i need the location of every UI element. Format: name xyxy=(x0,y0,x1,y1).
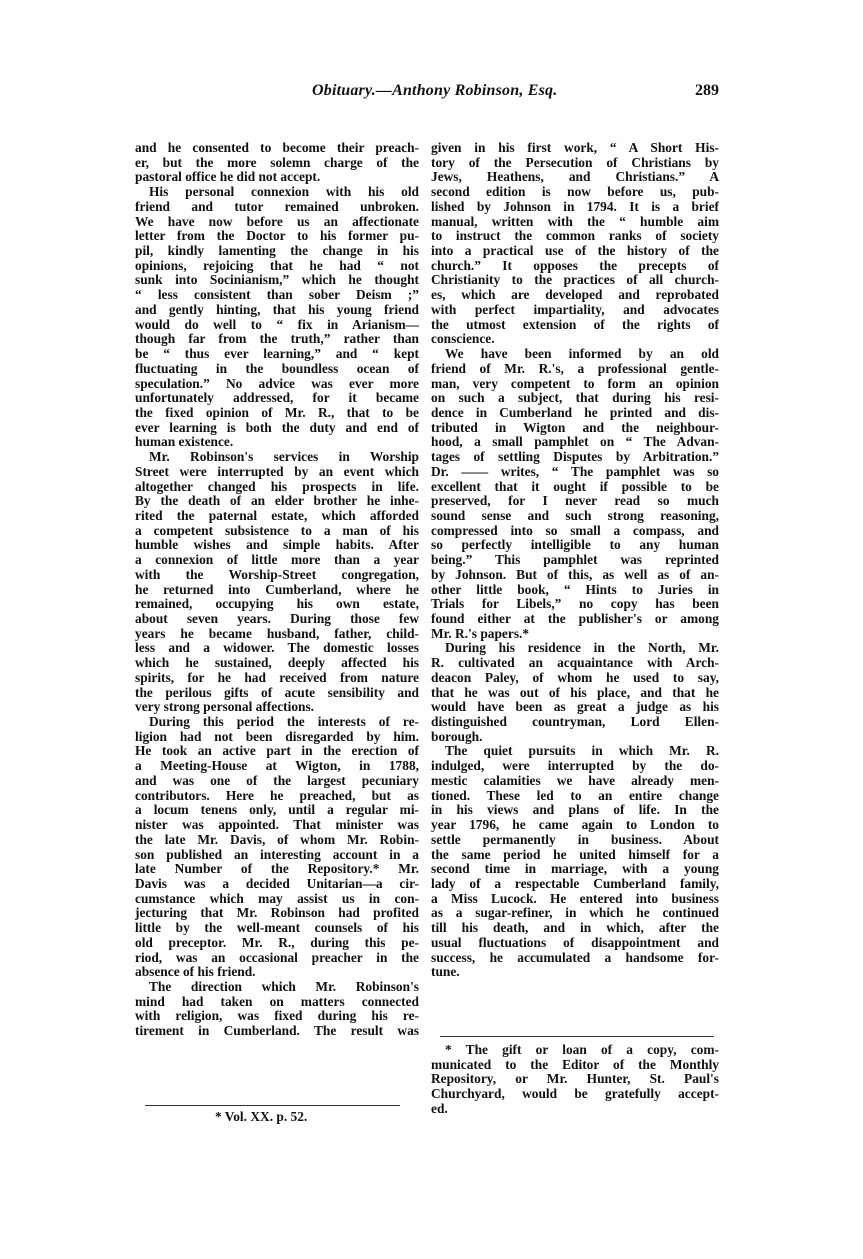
text-line: year 1796, he came again to London to xyxy=(431,818,719,833)
text-line: Street were interrupted by an event whic… xyxy=(135,465,419,480)
text-line: ligion had not been disregarded by him. xyxy=(135,730,419,745)
text-line: spirits, for he had received from nature xyxy=(135,671,419,686)
text-line: till his death, and in which, after the xyxy=(431,921,719,936)
text-line: absence of his friend. xyxy=(135,965,419,980)
text-line: a competent subsistence to a man of his xyxy=(135,524,419,539)
text-line: conscience. xyxy=(431,332,719,347)
text-line: dence in Cumberland he printed and dis- xyxy=(431,406,719,421)
text-line: on such a subject, that during his resi- xyxy=(431,391,719,406)
text-line: which he sustained, deeply affected his xyxy=(135,656,419,671)
text-line: humble wishes and simple habits. After xyxy=(135,538,419,553)
text-line: tioned. These led to an entire change xyxy=(431,789,719,804)
text-line: to instruct the common ranks of society xyxy=(431,229,719,244)
text-line: jecturing that Mr. Robinson had profited xyxy=(135,906,419,921)
text-line: the late Mr. Davis, of whom Mr. Robin- xyxy=(135,833,419,848)
text-line: so perfectly intelligible to any human xyxy=(431,538,719,553)
text-line: R. cultivated an acquaintance with Arch- xyxy=(431,656,719,671)
text-line: ever learning is both the duty and end o… xyxy=(135,421,419,436)
text-line: During his residence in the North, Mr. xyxy=(431,641,719,656)
text-line: by Johnson. But of this, as well as of a… xyxy=(431,568,719,583)
text-line: second edition is now before us, pub- xyxy=(431,185,719,200)
text-line: as a sugar-refiner, in which he continue… xyxy=(431,906,719,921)
text-line: rited the paternal estate, which afforde… xyxy=(135,509,419,524)
page-number: 289 xyxy=(695,82,719,100)
text-line: Mr. R.'s papers.* xyxy=(431,627,719,642)
text-line: indulged, were interrupted by the do- xyxy=(431,759,719,774)
text-line: very strong personal affections. xyxy=(135,700,419,715)
text-line: pil, kindly lamenting the change in his xyxy=(135,244,419,259)
text-line: sound sense and such strong reasoning, xyxy=(431,509,719,524)
text-line: little by the well-meant counsels of his xyxy=(135,921,419,936)
text-line: with perfect impartiality, and advocates xyxy=(431,303,719,318)
text-line: the perilous gifts of acute sensibility … xyxy=(135,686,419,701)
text-line: Churchyard, would be gratefully accept- xyxy=(431,1087,719,1102)
text-line: man, very competent to form an opinion xyxy=(431,377,719,392)
text-line: He took an active part in the erection o… xyxy=(135,744,419,759)
text-line: sunk into Socinianism,” which he thought xyxy=(135,273,419,288)
text-line: Trials for Libels,” no copy has been xyxy=(431,597,719,612)
text-line: distinguished countryman, Lord Ellen- xyxy=(431,715,719,730)
text-line: municated to the Editor of the Monthly xyxy=(431,1058,719,1073)
text-line: son published an interesting account in … xyxy=(135,848,419,863)
text-line: about seven years. During those few xyxy=(135,612,419,627)
text-line: a Meeting-House at Wigton, in 1788, xyxy=(135,759,419,774)
right-footnote: * The gift or loan of a copy, com-munica… xyxy=(431,1043,719,1117)
text-line: a locum tenens only, until a regular mi- xyxy=(135,803,419,818)
text-line: human existence. xyxy=(135,435,419,450)
text-line: lished by Johnson in 1794. It is a brief xyxy=(431,200,719,215)
text-line: and was one of the largest pecuniary xyxy=(135,774,419,789)
text-line: speculation.” No advice was ever more xyxy=(135,377,419,392)
text-line: tune. xyxy=(431,965,719,980)
text-line: We have now before us an affectionate xyxy=(135,215,419,230)
text-line: friend and tutor remained unbroken. xyxy=(135,200,419,215)
text-line: given in his first work, “ A Short His- xyxy=(431,141,719,156)
text-line: a Miss Lucock. He entered into business xyxy=(431,892,719,907)
left-footnote-rule xyxy=(145,1105,400,1106)
text-line: with religion, was fixed during his re- xyxy=(135,1009,419,1024)
text-line: and he consented to become their preach- xyxy=(135,141,419,156)
text-line: excellent that it ought if possible to b… xyxy=(431,480,719,495)
text-line: fluctuating in the boundless ocean of xyxy=(135,362,419,377)
running-title: Obituary.—Anthony Robinson, Esq. xyxy=(312,82,557,100)
text-line: less and a widower. The domestic losses xyxy=(135,641,419,656)
text-line: success, he accumulated a handsome for- xyxy=(431,951,719,966)
text-line: The quiet pursuits in which Mr. R. xyxy=(431,744,719,759)
text-line: the fixed opinion of Mr. R., that to be xyxy=(135,406,419,421)
text-line: riod, was an occasional preacher in the xyxy=(135,951,419,966)
text-line: that he was out of his place, and that h… xyxy=(431,686,719,701)
text-line: deacon Paley, of whom he used to say, xyxy=(431,671,719,686)
text-line: We have been informed by an old xyxy=(431,347,719,362)
text-line: he returned into Cumberland, where he xyxy=(135,583,419,598)
text-line: pastoral office he did not accept. xyxy=(135,170,419,185)
text-line: The direction which Mr. Robinson's xyxy=(135,980,419,995)
text-line: By the death of an elder brother he inhe… xyxy=(135,494,419,509)
left-column: and he consented to become their preach-… xyxy=(135,141,419,1039)
text-line: letter from the Doctor to his former pu- xyxy=(135,229,419,244)
text-line: mestic calamities we have already men- xyxy=(431,774,719,789)
text-line: the same period he united himself for a xyxy=(431,848,719,863)
text-line: cumstance which may assist us in con- xyxy=(135,892,419,907)
text-line: opinions, rejoicing that he had “ not xyxy=(135,259,419,274)
text-line: tributed in Wigton and the neighbour- xyxy=(431,421,719,436)
right-column: given in his first work, “ A Short His-t… xyxy=(431,141,719,980)
text-line: years he became husband, father, child- xyxy=(135,627,419,642)
text-line: hood, a small pamphlet on “ The Advan- xyxy=(431,435,719,450)
text-line: usual fluctuations of disappointment and xyxy=(431,936,719,951)
text-line: mind had taken on matters connected xyxy=(135,995,419,1010)
text-line: friend of Mr. R.'s, a professional gentl… xyxy=(431,362,719,377)
text-line: Mr. Robinson's services in Worship xyxy=(135,450,419,465)
text-line: the utmost extension of the rights of xyxy=(431,318,719,333)
text-line: second time in marriage, with a young xyxy=(431,862,719,877)
text-line: borough. xyxy=(431,730,719,745)
text-line: in his views and plans of life. In the xyxy=(431,803,719,818)
text-line: Davis was a decided Unitarian—a cir- xyxy=(135,877,419,892)
text-line: late Number of the Repository.* Mr. xyxy=(135,862,419,877)
text-line: lady of a respectable Cumberland family, xyxy=(431,877,719,892)
left-footnote: * Vol. XX. p. 52. xyxy=(215,1110,307,1125)
text-line: though far from the truth,” rather than xyxy=(135,332,419,347)
text-line: into a practical use of the history of t… xyxy=(431,244,719,259)
text-line: During this period the interests of re- xyxy=(135,715,419,730)
text-line: tirement in Cumberland. The result was xyxy=(135,1024,419,1039)
text-line: remained, occupying his own estate, xyxy=(135,597,419,612)
text-line: settle permanently in business. About xyxy=(431,833,719,848)
text-line: church.” It opposes the precepts of xyxy=(431,259,719,274)
text-line: would have been as great a judge as his xyxy=(431,700,719,715)
text-line: * The gift or loan of a copy, com- xyxy=(431,1043,719,1058)
text-line: found either at the publisher's or among xyxy=(431,612,719,627)
text-line: tages of settling Disputes by Arbitratio… xyxy=(431,450,719,465)
text-line: old preceptor. Mr. R., during this pe- xyxy=(135,936,419,951)
text-line: Jews, Heathens, and Christians.” A xyxy=(431,170,719,185)
text-line: be “ thus ever learning,” and “ kept xyxy=(135,347,419,362)
text-line: Dr. —— writes, “ The pamphlet was so xyxy=(431,465,719,480)
text-line: Repository, or Mr. Hunter, St. Paul's xyxy=(431,1072,719,1087)
text-line: would do well to “ fix in Arianism— xyxy=(135,318,419,333)
text-line: a connexion of little more than a year xyxy=(135,553,419,568)
running-header: Obituary.—Anthony Robinson, Esq. 289 xyxy=(0,82,719,104)
text-line: tory of the Persecution of Christians by xyxy=(431,156,719,171)
right-footnote-rule xyxy=(440,1036,714,1037)
text-line: altogether changed his prospects in life… xyxy=(135,480,419,495)
text-line: and gently hinting, that his young frien… xyxy=(135,303,419,318)
text-line: nister was appointed. That minister was xyxy=(135,818,419,833)
text-line: His personal connexion with his old xyxy=(135,185,419,200)
text-line: manual, written with the “ humble aim xyxy=(431,215,719,230)
text-line: other little book, “ Hints to Juries in xyxy=(431,583,719,598)
text-line: unfortunately addressed, for it became xyxy=(135,391,419,406)
text-line: ed. xyxy=(431,1102,719,1117)
text-line: with the Worship-Street congregation, xyxy=(135,568,419,583)
text-line: being.” This pamphlet was reprinted xyxy=(431,553,719,568)
text-line: contributors. Here he preached, but as xyxy=(135,789,419,804)
text-line: “ less consistent than sober Deism ;” xyxy=(135,288,419,303)
text-line: er, but the more solemn charge of the xyxy=(135,156,419,171)
text-line: compressed into so small a compass, and xyxy=(431,524,719,539)
text-line: Christianity to the practices of all chu… xyxy=(431,273,719,288)
text-line: preserved, for I never read so much xyxy=(431,494,719,509)
text-line: es, which are developed and reprobated xyxy=(431,288,719,303)
